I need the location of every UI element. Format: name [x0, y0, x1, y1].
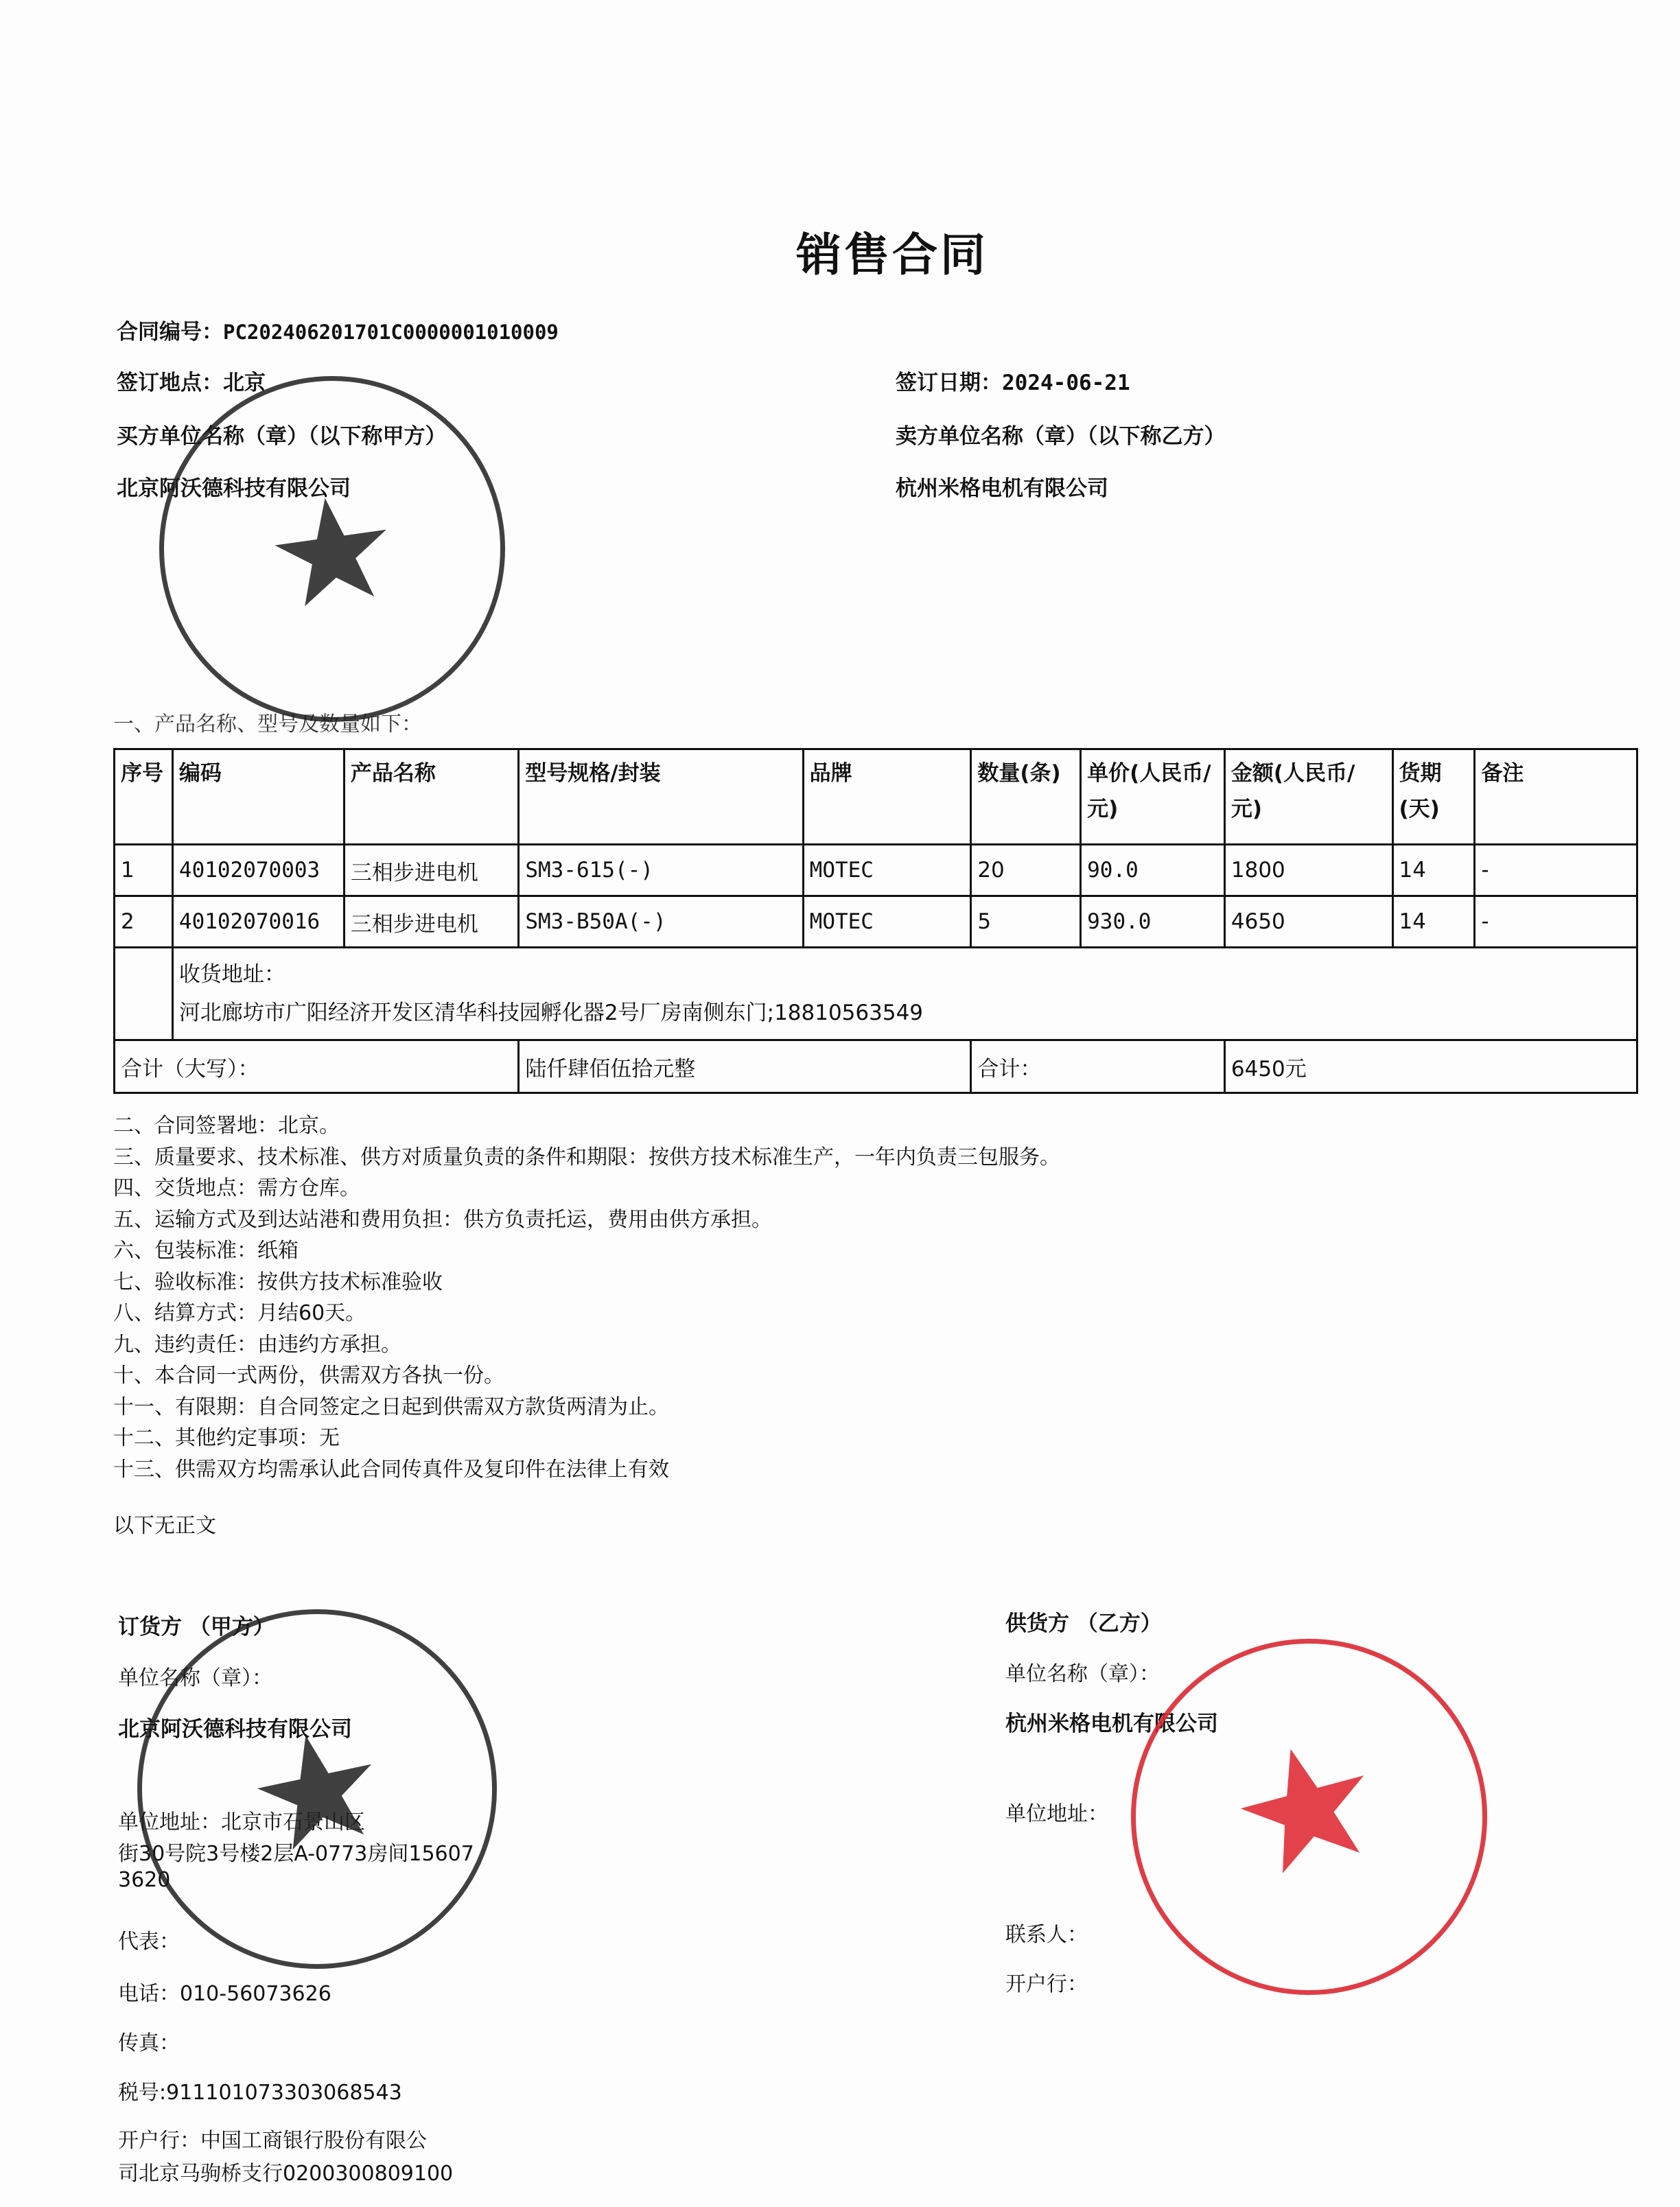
cell-code: 40102070003 [172, 845, 344, 896]
clause-item: 二、合同签署地：北京。 [113, 1110, 1060, 1142]
buyer-bank-line2: 司北京马驹桥支行0200300809100 [118, 2156, 453, 2186]
total-row: 合计（大写）： 陆仟肆佰伍拾元整 合计： 6450元 [115, 1040, 1637, 1093]
buyer-fax-label: 传真： [118, 2026, 180, 2056]
address-spacer-cell [115, 948, 173, 1040]
cell-no: 1 [115, 845, 173, 896]
buyer-bank-line1: 中国工商银行股份有限公 [200, 2129, 427, 2153]
delivery-address-value: 河北廊坊市广阳经济开发区清华科技园孵化器2号厂房南侧东门;18810563549 [179, 994, 1631, 1032]
goods-section-title: 一、产品名称、型号及数量如下： [113, 707, 422, 737]
contract-number-value: PC202406201701C0000001010009 [223, 320, 559, 344]
cell-qty: 20 [971, 845, 1081, 896]
buyer-bank-label: 开户行： [118, 2129, 200, 2153]
delivery-address-row: 收货地址： 河北廊坊市广阳经济开发区清华科技园孵化器2号厂房南侧东门;18810… [115, 948, 1637, 1040]
cell-model: SM3-615(-) [519, 845, 803, 896]
buyer-address: 单位地址：北京市石景山区 [118, 1805, 365, 1835]
buyer-address-line3: 3620 [118, 1868, 170, 1892]
header-cell: 货期(天) [1392, 749, 1475, 845]
cell-amount: 1800 [1224, 845, 1392, 896]
clause-item: 七、验收标准：按供方技术标准验收 [113, 1267, 1060, 1298]
buyer-phone-label: 电话： [118, 1982, 180, 2006]
seller-contact-label: 联系人： [1005, 1917, 1088, 1948]
seller-address-label: 单位地址： [1005, 1797, 1108, 1827]
seller-name: 杭州米格电机有限公司 [896, 471, 1108, 502]
buyer-representative-label: 代表： [118, 1924, 180, 1954]
cell-amount: 4650 [1224, 896, 1392, 948]
buyer-tax-label: 税号: [118, 2081, 166, 2105]
table-row: 1 40102070003 三相步进电机 SM3-615(-) MOTEC 20… [115, 845, 1637, 896]
sign-place: 签订地点：北京 [117, 365, 266, 396]
contract-number: 合同编号：PC202406201701C0000001010009 [117, 314, 559, 345]
cell-lead-days: 14 [1392, 896, 1475, 948]
seller-label: 卖方单位名称（章）（以下称乙方） [896, 419, 1226, 449]
seller-unit-name-label: 单位名称（章）： [1005, 1657, 1160, 1687]
sign-date-label: 签订日期： [896, 371, 1002, 395]
buyer-tax: 税号:911101073303068543 [118, 2075, 402, 2105]
cell-name: 三相步进电机 [344, 845, 518, 896]
buyer-address-line1: 北京市石景山区 [221, 1810, 365, 1834]
sign-place-value: 北京 [223, 371, 266, 395]
buyer-address-label: 单位地址： [118, 1810, 221, 1834]
buyer-name: 北京阿沃德科技有限公司 [117, 471, 351, 502]
cell-qty: 5 [971, 896, 1081, 948]
clause-item: 三、质量要求、技术标准、供方对质量负责的条件和期限：按供方技术标准生产，一年内负… [113, 1142, 1060, 1173]
page-title: 销售合同 [0, 218, 1680, 283]
buyer-unit-name: 北京阿沃德科技有限公司 [118, 1712, 352, 1742]
total-value: 6450元 [1224, 1040, 1637, 1093]
delivery-address-label: 收货地址： [179, 955, 1631, 994]
end-note: 以下无正文 [113, 1508, 216, 1539]
cell-unit-price: 930.0 [1081, 896, 1225, 948]
table-row: 2 40102070016 三相步进电机 SM3-B50A(-) MOTEC 5… [115, 896, 1637, 948]
header-cell: 编码 [172, 749, 344, 845]
clause-item: 九、违约责任：由违约方承担。 [113, 1329, 1060, 1361]
stamp-star-icon [1136, 1644, 1482, 1990]
cell-remark: - [1475, 845, 1637, 896]
clause-item: 十二、其他约定事项：无 [113, 1423, 1060, 1454]
buyer-block-heading: 订货方 （甲方） [118, 1609, 275, 1640]
cell-brand: MOTEC [803, 896, 971, 948]
cell-unit-price: 90.0 [1081, 845, 1225, 896]
clause-item: 四、交货地点：需方仓库。 [113, 1173, 1060, 1204]
clause-item: 十三、供需双方均需承认此合同传真件及复印件在法律上有效 [113, 1454, 1060, 1486]
header-cell: 品牌 [803, 749, 971, 845]
buyer-bank: 开户行：中国工商银行股份有限公 [118, 2123, 427, 2153]
clause-item: 六、包装标准：纸箱 [113, 1235, 1060, 1267]
table-header-row: 序号 编码 产品名称 型号规格/封装 品牌 数量(条) 单价(人民币/元) 金额… [115, 749, 1637, 845]
clause-item: 八、结算方式：月结60天。 [113, 1298, 1060, 1329]
clause-item: 五、运输方式及到达站港和费用负担：供方负责托运，费用由供方承担。 [113, 1204, 1060, 1236]
cell-lead-days: 14 [1392, 845, 1475, 896]
clause-item: 十一、有限期：自合同签定之日起到供需双方款货两清为止。 [113, 1392, 1060, 1423]
header-cell: 金额(人民币/元) [1224, 749, 1392, 845]
header-cell: 序号 [115, 749, 173, 845]
cell-model: SM3-B50A(-) [519, 896, 803, 948]
header-cell: 数量(条) [971, 749, 1081, 845]
seller-bank-label: 开户行： [1005, 1967, 1088, 1997]
clause-item: 十、本合同一式两份，供需双方各执一份。 [113, 1360, 1060, 1392]
seller-block-heading: 供货方 （乙方） [1005, 1606, 1162, 1637]
cell-brand: MOTEC [803, 845, 971, 896]
header-cell: 产品名称 [344, 749, 518, 845]
buyer-unit-name-label: 单位名称（章）： [118, 1661, 272, 1691]
total-upper-value: 陆仟肆佰伍拾元整 [519, 1040, 971, 1093]
cell-remark: - [1475, 896, 1637, 948]
sign-date: 签订日期：2024-06-21 [896, 365, 1130, 396]
header-cell: 型号规格/封装 [519, 749, 803, 845]
sign-date-value: 2024-06-21 [1002, 371, 1130, 395]
sign-place-label: 签订地点： [117, 371, 223, 395]
seller-unit-name: 杭州米格电机有限公司 [1005, 1706, 1218, 1737]
buyer-address-line2: 街30号院3号楼2层A-0773房间15607 [118, 1836, 474, 1867]
goods-table: 序号 编码 产品名称 型号规格/封装 品牌 数量(条) 单价(人民币/元) 金额… [113, 748, 1638, 1094]
header-cell: 备注 [1475, 749, 1637, 845]
cell-name: 三相步进电机 [344, 896, 518, 948]
header-cell: 单价(人民币/元) [1081, 749, 1225, 845]
contract-number-label: 合同编号： [117, 320, 223, 345]
buyer-tax-value: 911101073303068543 [166, 2081, 402, 2105]
seller-stamp [1131, 1639, 1487, 1995]
buyer-phone: 电话：010-56073626 [118, 1976, 331, 2007]
delivery-address-cell: 收货地址： 河北廊坊市广阳经济开发区清华科技园孵化器2号厂房南侧东门;18810… [172, 948, 1637, 1040]
total-upper-label: 合计（大写）： [115, 1040, 519, 1093]
contract-clauses: 二、合同签署地：北京。 三、质量要求、技术标准、供方对质量负责的条件和期限：按供… [113, 1110, 1060, 1485]
buyer-label: 买方单位名称（章）（以下称甲方） [117, 419, 447, 449]
total-label: 合计： [971, 1040, 1225, 1093]
cell-no: 2 [115, 896, 173, 948]
buyer-phone-value: 010-56073626 [180, 1982, 331, 2006]
cell-code: 40102070016 [172, 896, 344, 948]
